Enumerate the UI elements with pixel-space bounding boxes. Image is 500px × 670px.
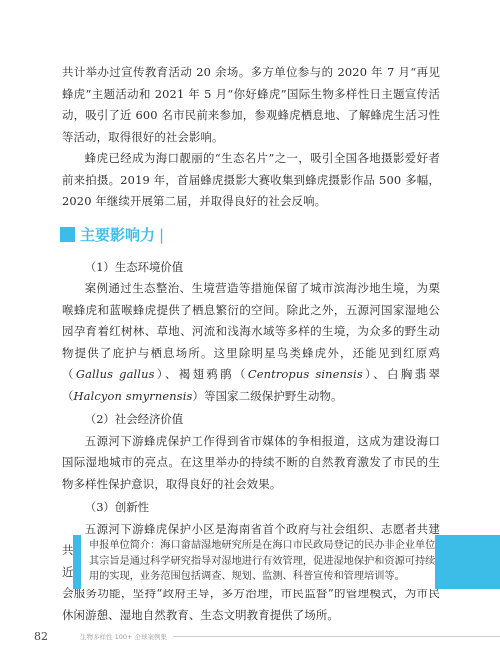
species-halcyon: Halcyon smyrnensis [74, 389, 193, 403]
applicant-intro-text: 申报单位简介：海口畲喆湿地研究所是在海口市民政局登记的民办非企业单位，其宗旨是通… [81, 535, 448, 585]
species-centropus: Centropus sinensis [248, 367, 363, 381]
page-footer: 82 生物多样性 100+ 全球案例集 [34, 628, 500, 644]
footer-rule [173, 636, 500, 637]
species-gallus: Gallus gallus [76, 367, 155, 381]
section-title: 主要影响力 [80, 224, 155, 245]
paragraph-outreach: 共计举办过宣传教育活动 20 余场。多方单位参与的 2020 年 7 月“再见蜂… [62, 62, 440, 148]
intro-accent-block [435, 535, 500, 589]
page-number: 82 [34, 630, 74, 643]
heading-bar: | [159, 226, 164, 244]
paragraph-photography: 蜂虎已经成为海口靓丽的“生态名片”之一，吸引全国各地摄影爱好者前来拍摄。2019… [62, 148, 440, 213]
impact-label-socioeconomic: （2）社会经济价值 [62, 409, 440, 431]
heading-square-icon [60, 227, 75, 242]
section-heading: 主要影响力 | [60, 223, 440, 247]
impact-label-ecology: （1）生态环境价值 [62, 257, 440, 279]
applicant-intro-box: 申报单位简介：海口畲喆湿地研究所是在海口市民政局登记的民办非企业单位，其宗旨是通… [73, 535, 448, 589]
impact-text-socioeconomic: 五源河下游蜂虎保护工作得到省市媒体的争相报道，这成为建设海口国际湿地城市的亮点。… [62, 431, 440, 496]
book-title: 生物多样性 100+ 全球案例集 [80, 632, 167, 641]
impact-label-innovation: （3）创新性 [62, 497, 440, 519]
impact-text-ecology: 案例通过生态整治、生境营造等措施保留了城市滨海沙地生境，为栗喉蜂虎和蓝喉蜂虎提供… [62, 278, 440, 407]
